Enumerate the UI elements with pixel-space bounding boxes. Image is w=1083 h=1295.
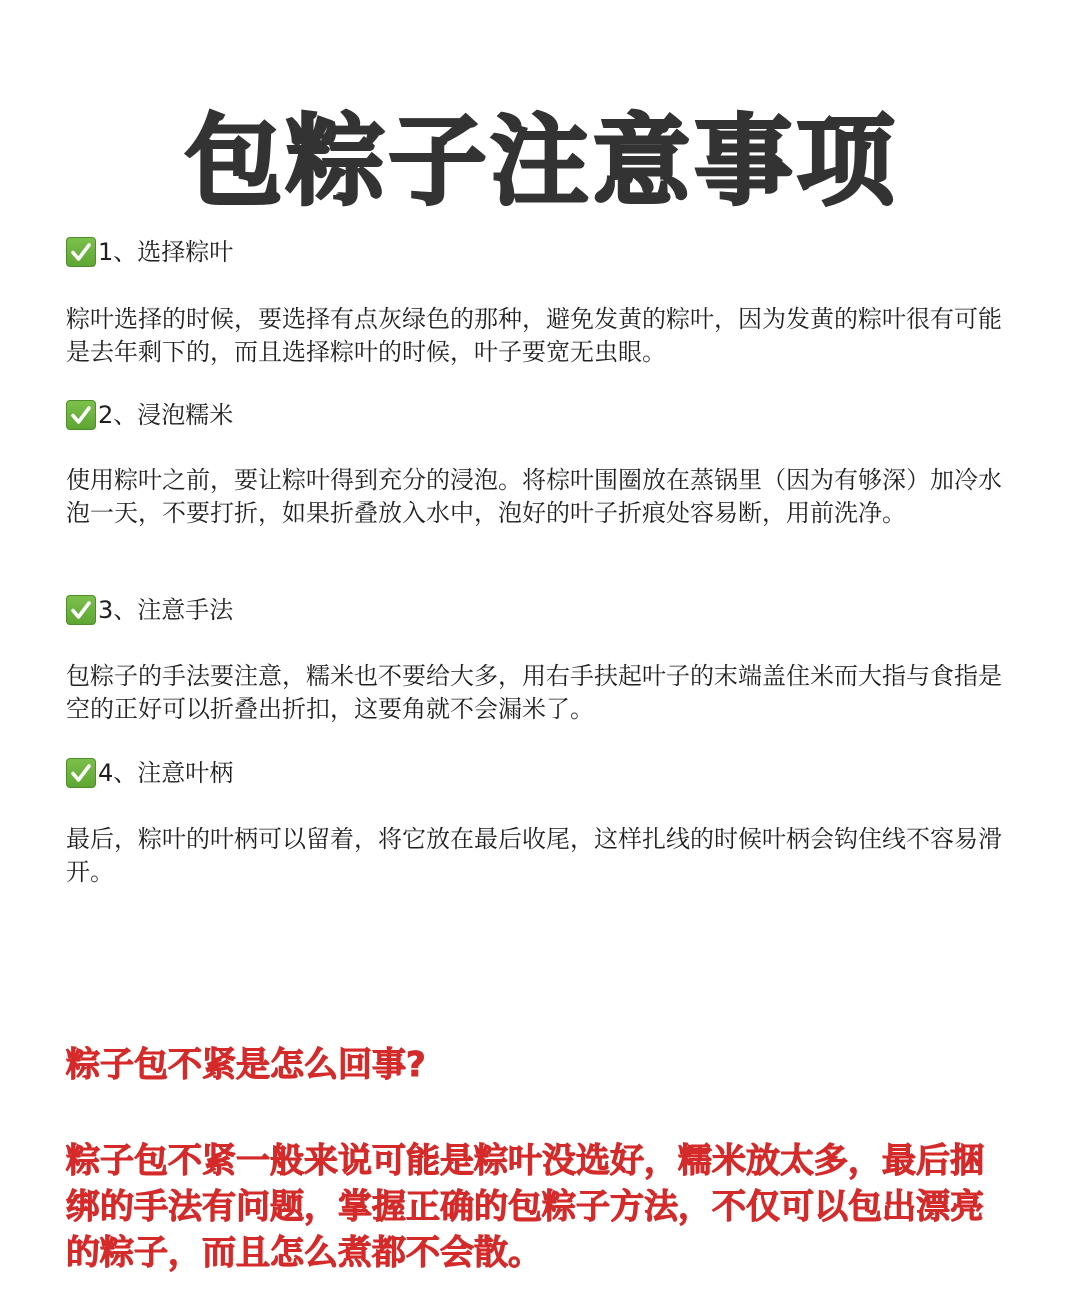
section-heading-label: 1、选择粽叶 — [98, 235, 233, 269]
section-body-3: 包粽子的手法要注意，糯米也不要给大多，用右手扶起叶子的末端盖住米而大指与食指是空… — [66, 660, 1016, 726]
check-mark-icon — [66, 400, 96, 430]
section-heading-2: 2、浸泡糯米 — [66, 398, 233, 432]
section-heading-1: 1、选择粽叶 — [66, 235, 233, 269]
section-body-1: 粽叶选择的时候，要选择有点灰绿色的那种，避免发黄的粽叶，因为发黄的粽叶很有可能是… — [66, 303, 1016, 369]
section-heading-label: 3、注意手法 — [98, 593, 233, 627]
check-mark-icon — [66, 758, 96, 788]
section-body-4: 最后，粽叶的叶柄可以留着，将它放在最后收尾，这样扎线的时候叶柄会钩住线不容易滑开… — [66, 823, 1016, 889]
check-mark-icon — [66, 595, 96, 625]
section-body-2: 使用粽叶之前，要让粽叶得到充分的浸泡。将棕叶围圈放在蒸锅里（因为有够深）加冷水泡… — [66, 464, 1016, 530]
faq-question: 粽子包不紧是怎么回事? — [66, 1042, 426, 1088]
section-heading-3: 3、注意手法 — [66, 593, 233, 627]
page-title: 包粽子注意事项 — [0, 102, 1083, 222]
section-heading-label: 2、浸泡糯米 — [98, 398, 233, 432]
section-heading-4: 4、注意叶柄 — [66, 756, 233, 790]
section-heading-label: 4、注意叶柄 — [98, 756, 233, 790]
faq-answer: 粽子包不紧一般来说可能是粽叶没选好，糯米放太多，最后捆绑的手法有问题，掌握正确的… — [66, 1138, 1006, 1276]
check-mark-icon — [66, 237, 96, 267]
